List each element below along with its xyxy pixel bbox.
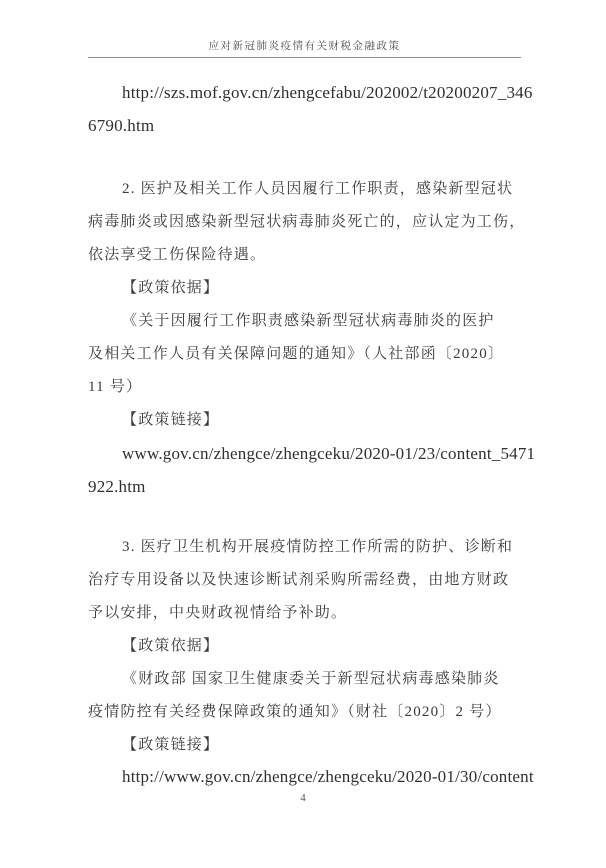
policy-link-url-line: 6790.htm [88,115,558,137]
document-page: 应对新冠肺炎疫情有关财税金融政策 http://szs.mof.gov.cn/z… [0,0,606,868]
policy-link-label: 【政策链接】 [88,409,592,431]
item3-basis-line: 《财政部 国家卫生健康委关于新型冠状病毒感染肺炎 [88,668,592,690]
policy-link-url-line: 922.htm [88,476,558,498]
policy-link-url-line: http://szs.mof.gov.cn/zhengcefabu/202002… [88,82,592,104]
item2-basis-line: 11 号） [88,376,558,398]
policy-basis-label: 【政策依据】 [88,635,592,657]
item2-basis-line: 及相关工作人员有关保障问题的通知》（人社部函〔2020〕 [88,343,558,365]
item2-paragraph-line: 病毒肺炎或因感染新型冠状病毒肺炎死亡的，应认定为工伤， [88,211,558,233]
item3-paragraph-line: 3. 医疗卫生机构开展疫情防控工作所需的防护、诊断和 [88,536,592,558]
page-number: 4 [0,792,606,804]
item3-basis-line: 疫情防控有关经费保障政策的通知》（财社〔2020〕2 号） [88,701,558,723]
policy-link-url-line: http://www.gov.cn/zhengce/zhengceku/2020… [88,766,592,788]
policy-link-label: 【政策链接】 [88,734,592,756]
policy-link-url-line: www.gov.cn/zhengce/zhengceku/2020-01/23/… [88,443,592,465]
item2-paragraph-line: 2. 医护及相关工作人员因履行工作职责，感染新型冠状 [88,178,592,200]
header-title: 应对新冠肺炎疫情有关财税金融政策 [209,41,401,52]
item3-paragraph-line: 予以安排，中央财政视情给予补助。 [88,602,558,624]
item2-basis-line: 《关于因履行工作职责感染新型冠状病毒肺炎的医护 [88,310,592,332]
policy-basis-label: 【政策依据】 [88,277,592,299]
page-header: 应对新冠肺炎疫情有关财税金融政策 [88,38,521,58]
item2-paragraph-line: 依法享受工伤保险待遇。 [88,244,558,266]
item3-paragraph-line: 治疗专用设备以及快速诊断试剂采购所需经费，由地方财政 [88,569,558,591]
